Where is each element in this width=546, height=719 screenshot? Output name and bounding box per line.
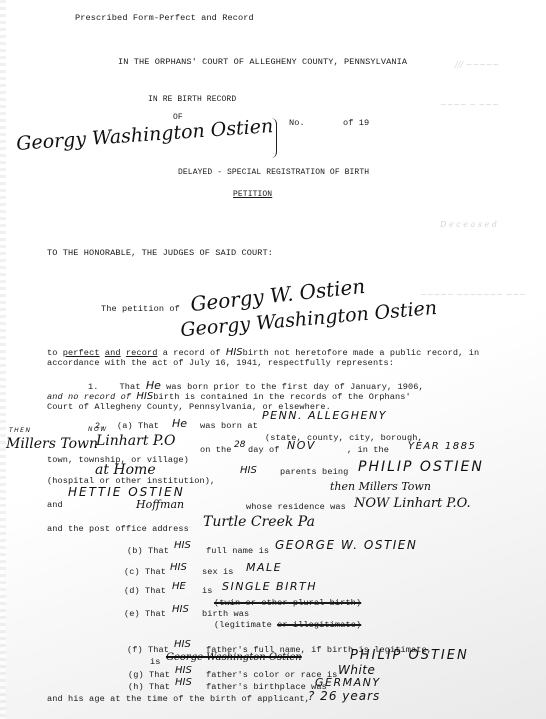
item2a-label: (a) That [117,421,159,431]
field-f-label: (f) That [127,645,169,655]
petition-lead: The petition of [101,304,180,314]
field-c-label: (c) That [124,567,166,577]
then-note: THEN [9,427,31,434]
in-the-label: , in the [347,445,389,455]
father-age-text: and his age at the time of the birth of … [47,694,310,704]
birth-year-value: YEAR 1885 [408,441,476,452]
petition-page: /// ~~~~~ ~~~~ ~ ~~~ D e c e a s e d ~~~… [0,0,546,719]
father-name-struck: George Washington Ostien [166,652,302,663]
and-label: and [47,500,63,510]
on-the-label: on the [200,445,232,455]
field-b-text: full name is [206,546,269,556]
item1-line2: and no record of HISbirth is contained i… [47,391,411,402]
pronoun-fill: HIS [174,540,191,551]
plural-hint-struck: (twin or other plural birth) [214,598,361,608]
town-value: Millers Town [6,436,98,452]
year-label: of 19 [343,118,369,128]
pronoun-fill: HIS [174,639,191,650]
born-at-label: was born at [200,421,258,431]
field-c-text: sex is [202,567,234,577]
pronoun-fill: HIS [175,665,192,676]
post-office-then-value: Linhart P.O [96,433,175,449]
father-age-value: ? 26 years [308,689,380,703]
day-of-label: day of [248,445,280,455]
bleed-through: /// ~~~~~ [455,60,499,69]
number-label: No. [289,118,305,128]
pronoun-fill: HIS [226,347,243,358]
birth-month-value: NOV [287,439,316,452]
pronoun-fill: HIS [136,391,153,402]
father-is-label: is [150,657,161,667]
pronoun-fill: HIS [240,465,257,476]
father-birthplace-value: GERMANY [315,676,381,689]
salutation: TO THE HONORABLE, THE JUDGES OF SAID COU… [47,248,273,258]
caption-bracket [268,118,277,158]
field-h-label: (h) That [128,682,170,692]
pronoun-fill: HIS [172,604,189,615]
title-line1: DELAYED - SPECIAL REGISTRATION OF BIRTH [178,168,369,177]
in-re-label: IN RE BIRTH RECORD [148,95,236,104]
field-d-text: is [202,586,213,596]
now-note: NOW [88,426,108,433]
legitimacy-hint: (legitimate or illegitimate) [214,620,361,630]
plurality-value: SINGLE BIRTH [222,580,317,593]
title-petition: PETITION [233,190,272,199]
parents-being-label: parents being [280,467,348,477]
pronoun-fill: HIS [170,562,187,573]
form-note: Prescribed Form-Perfect and Record [75,13,254,23]
residence-now-value: NOW Linhart P.O. [354,496,471,511]
sex-value: MALE [246,561,282,574]
field-e-label: (e) That [124,609,166,619]
caption-signature: Georgy Washington Ostien [16,115,274,155]
post-office-value: Turtle Creek Pa [203,514,315,530]
field-g-label: (g) That [128,670,170,680]
scan-edge [0,0,6,719]
intro-line2: accordance with the act of July 16, 1941… [47,358,394,368]
full-name-value: GEORGE W. OSTIEN [275,538,417,552]
mother-maiden-value: Hoffman [136,498,184,511]
father-name-value: PHILIP OSTIEN [358,459,484,475]
mother-name-value: HETTIE OSTIEN [68,485,185,499]
bleed-through: ~~~~ ~ ~~~ [440,100,499,109]
bleed-through: D e c e a s e d [440,220,497,229]
court-heading: IN THE ORPHANS' COURT OF ALLEGHENY COUNT… [118,57,407,67]
birthplace-value: PENN. ALLEGHENY [262,409,387,422]
pronoun-fill: HE [172,581,186,592]
residence-then-value: then Millers Town [330,480,431,493]
residence-label: whose residence was [246,502,346,512]
field-e-text: birth was [202,609,249,619]
intro-line1: to perfect and record a record of HISbir… [47,347,479,358]
father-full-name-value: PHILIP OSTIEN [350,648,469,663]
pronoun-fill: HIS [175,677,192,688]
father-race-value: White [338,663,375,677]
post-office-label: and the post office address [47,524,189,534]
birth-day-value: 28 [234,440,245,450]
field-d-label: (d) That [124,586,166,596]
field-b-label: (b) That [127,546,169,556]
pronoun-fill: He [172,417,187,430]
